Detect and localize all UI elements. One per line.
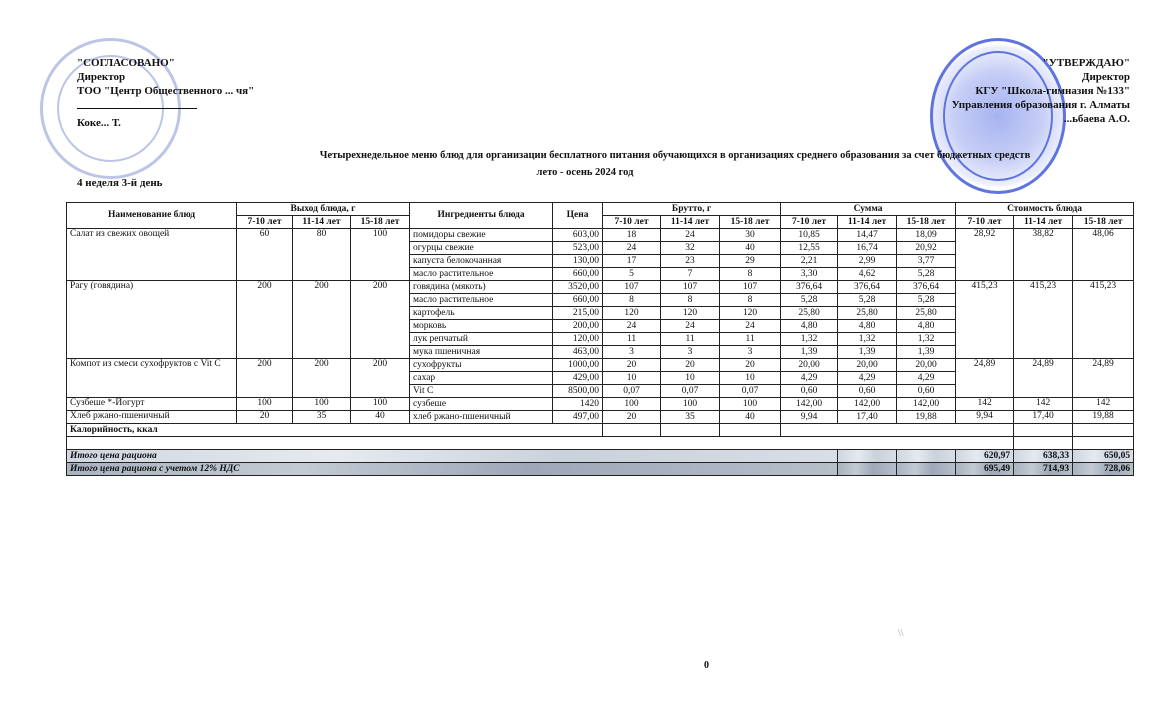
sum-11-14: 16,74 (838, 242, 897, 255)
sum-15-18: 19,88 (897, 411, 956, 424)
dish-name: Рагу (говядина) (67, 281, 237, 359)
approval-name: Коке... Т. (77, 116, 254, 130)
gross-11-14: 8 (661, 294, 720, 307)
sum-7-10: 4,80 (781, 320, 838, 333)
dish-cost-15-18: 415,23 (1073, 281, 1134, 359)
sum-7-10: 12,55 (781, 242, 838, 255)
approval-role: Директор (952, 70, 1130, 84)
sum-7-10: 4,29 (781, 372, 838, 385)
sum-11-14: 17,40 (838, 411, 897, 424)
yield-15-18: 40 (351, 411, 410, 424)
ingredient-price: 130,00 (553, 255, 603, 268)
gross-11-14: 10 (661, 372, 720, 385)
gross-11-14: 35 (661, 411, 720, 424)
gross-7-10: 24 (603, 242, 661, 255)
header-age-15-18: 15-18 лет (351, 216, 410, 229)
sum-11-14: 4,62 (838, 268, 897, 281)
sum-15-18: 18,09 (897, 229, 956, 242)
sum-15-18: 1,39 (897, 346, 956, 359)
yield-15-18: 100 (351, 398, 410, 411)
gross-7-10: 3 (603, 346, 661, 359)
yield-11-14: 35 (293, 411, 351, 424)
dish-cost-15-18: 19,88 (1073, 411, 1134, 424)
spacer-cell (67, 437, 1014, 450)
header-cost: Стоимость блюда (956, 203, 1134, 216)
header-age-11-14: 11-14 лет (838, 216, 897, 229)
gross-11-14: 32 (661, 242, 720, 255)
sum-15-18: 25,80 (897, 307, 956, 320)
total-label: Итого цена рациона (67, 450, 838, 463)
ingredient-price: 1000,00 (553, 359, 603, 372)
sum-11-14: 5,28 (838, 294, 897, 307)
header-age-7-10: 7-10 лет (237, 216, 293, 229)
gross-7-10: 100 (603, 398, 661, 411)
gross-15-18: 40 (720, 242, 781, 255)
approval-heading: "УТВЕРЖДАЮ" (952, 56, 1130, 70)
gross-11-14: 11 (661, 333, 720, 346)
sum-7-10: 376,64 (781, 281, 838, 294)
ingredient-name: масло растительное (410, 268, 553, 281)
dish-name: Салат из свежих овощей (67, 229, 237, 281)
approval-role: Директор (77, 70, 254, 84)
sum-7-10: 1,32 (781, 333, 838, 346)
gross-7-10: 120 (603, 307, 661, 320)
dish-cost-15-18: 142 (1073, 398, 1134, 411)
sum-11-14: 1,32 (838, 333, 897, 346)
header-age-7-10: 7-10 лет (781, 216, 838, 229)
total-value-15-18: 650,05 (1073, 450, 1134, 463)
ingredient-price: 8500,00 (553, 385, 603, 398)
ingredient-name: сузбеше (410, 398, 553, 411)
approval-org: ТОО "Центр Общественного ... чя" (77, 84, 254, 98)
table-row: Салат из свежих овощей6080100помидоры св… (67, 229, 1134, 242)
gross-15-18: 8 (720, 268, 781, 281)
header-age-7-10: 7-10 лет (603, 216, 661, 229)
gross-15-18: 120 (720, 307, 781, 320)
yield-15-18: 200 (351, 359, 410, 398)
sum-15-18: 4,29 (897, 372, 956, 385)
gross-7-10: 107 (603, 281, 661, 294)
total-vat-blank (897, 463, 956, 476)
dish-cost-7-10: 24,89 (956, 359, 1014, 398)
yield-11-14: 200 (293, 281, 351, 359)
page-mark: 0 (704, 660, 709, 671)
sum-11-14: 142,00 (838, 398, 897, 411)
ingredient-price: 660,00 (553, 294, 603, 307)
sum-11-14: 4,80 (838, 320, 897, 333)
gross-11-14: 24 (661, 320, 720, 333)
gross-7-10: 20 (603, 359, 661, 372)
header-age-15-18: 15-18 лет (897, 216, 956, 229)
sum-11-14: 4,29 (838, 372, 897, 385)
spacer-cell (1073, 437, 1134, 450)
table-row: Компот из смеси сухофруктов с Vit C20020… (67, 359, 1134, 372)
gross-11-14: 107 (661, 281, 720, 294)
ingredient-name: сахар (410, 372, 553, 385)
gross-15-18: 8 (720, 294, 781, 307)
ingredient-name: масло растительное (410, 294, 553, 307)
sum-7-10: 25,80 (781, 307, 838, 320)
calories-label: Калорийность, ккал (67, 424, 603, 437)
gross-15-18: 30 (720, 229, 781, 242)
header-age-11-14: 11-14 лет (293, 216, 351, 229)
sum-11-14: 14,47 (838, 229, 897, 242)
gross-15-18: 10 (720, 372, 781, 385)
header-ingredients: Ингредиенты блюда (410, 203, 553, 229)
header-gross: Брутто, г (603, 203, 781, 216)
ingredient-name: капуста белокочанная (410, 255, 553, 268)
total-vat-value-15-18: 728,06 (1073, 463, 1134, 476)
ingredient-price: 120,00 (553, 333, 603, 346)
gross-7-10: 5 (603, 268, 661, 281)
header-age-15-18: 15-18 лет (720, 216, 781, 229)
calories-cell (603, 424, 661, 437)
scan-artifact: \\ (898, 628, 904, 639)
ingredient-price: 660,00 (553, 268, 603, 281)
sum-7-10: 20,00 (781, 359, 838, 372)
gross-11-14: 120 (661, 307, 720, 320)
dish-cost-7-10: 9,94 (956, 411, 1014, 424)
sum-7-10: 5,28 (781, 294, 838, 307)
header-dish-name: Наименование блюд (67, 203, 237, 229)
gross-11-14: 100 (661, 398, 720, 411)
total-vat-blank (838, 463, 897, 476)
gross-11-14: 3 (661, 346, 720, 359)
document-title: Четырехнедельное меню блюд для организац… (90, 150, 1170, 161)
table-row: Хлеб ржано-пшеничный203540хлеб ржано-пше… (67, 411, 1134, 424)
ingredient-name: морковь (410, 320, 553, 333)
sum-11-14: 0,60 (838, 385, 897, 398)
calories-cell (661, 424, 720, 437)
dish-cost-7-10: 415,23 (956, 281, 1014, 359)
ingredient-name: лук репчатый (410, 333, 553, 346)
header-yield: Выход блюда, г (237, 203, 410, 216)
header-age-15-18: 15-18 лет (1073, 216, 1134, 229)
signature-line (77, 98, 197, 109)
table-row: Сузбеше *-Йогурт100100100сузбеше14201001… (67, 398, 1134, 411)
dish-name: Сузбеше *-Йогурт (67, 398, 237, 411)
yield-7-10: 200 (237, 281, 293, 359)
document-season: лето - осень 2024 год (0, 167, 1170, 178)
calories-cell (720, 424, 781, 437)
calories-cell (1073, 424, 1134, 437)
ingredient-price: 463,00 (553, 346, 603, 359)
header-sum: Сумма (781, 203, 956, 216)
sum-15-18: 376,64 (897, 281, 956, 294)
sum-15-18: 20,00 (897, 359, 956, 372)
yield-7-10: 60 (237, 229, 293, 281)
gross-7-10: 18 (603, 229, 661, 242)
total-blank (897, 450, 956, 463)
approval-block-approved: "УТВЕРЖДАЮ" Директор КГУ "Школа-гимназия… (952, 56, 1130, 126)
gross-7-10: 24 (603, 320, 661, 333)
gross-15-18: 107 (720, 281, 781, 294)
menu-table: Наименование блюд Выход блюда, г Ингреди… (66, 202, 1134, 476)
yield-7-10: 200 (237, 359, 293, 398)
gross-11-14: 20 (661, 359, 720, 372)
gross-11-14: 0,07 (661, 385, 720, 398)
gross-15-18: 40 (720, 411, 781, 424)
gross-7-10: 0,07 (603, 385, 661, 398)
dish-cost-11-14: 415,23 (1014, 281, 1073, 359)
ingredient-name: помидоры свежие (410, 229, 553, 242)
gross-11-14: 24 (661, 229, 720, 242)
sum-11-14: 25,80 (838, 307, 897, 320)
dish-name: Хлеб ржано-пшеничный (67, 411, 237, 424)
sum-15-18: 0,60 (897, 385, 956, 398)
dish-cost-15-18: 48,06 (1073, 229, 1134, 281)
calories-cell (781, 424, 1014, 437)
sum-7-10: 1,39 (781, 346, 838, 359)
header-age-11-14: 11-14 лет (1014, 216, 1073, 229)
ingredient-name: сухофрукты (410, 359, 553, 372)
gross-7-10: 10 (603, 372, 661, 385)
dish-cost-11-14: 17,40 (1014, 411, 1073, 424)
sum-15-18: 4,80 (897, 320, 956, 333)
total-vat-label: Итого цена рациона с учетом 12% НДС (67, 463, 838, 476)
total-vat-row: Итого цена рациона с учетом 12% НДС 695,… (67, 463, 1134, 476)
menu-table-body: Салат из свежих овощей6080100помидоры св… (67, 229, 1134, 424)
ingredient-name: хлеб ржано-пшеничный (410, 411, 553, 424)
dish-cost-11-14: 142 (1014, 398, 1073, 411)
sum-7-10: 0,60 (781, 385, 838, 398)
approval-block-agreed: "СОГЛАСОВАНО" Директор ТОО "Центр Общест… (77, 56, 254, 130)
ingredient-price: 1420 (553, 398, 603, 411)
yield-15-18: 200 (351, 281, 410, 359)
ingredient-price: 215,00 (553, 307, 603, 320)
total-row: Итого цена рациона 620,97 638,33 650,05 (67, 450, 1134, 463)
spacer-row (67, 437, 1134, 450)
approval-dept: Управления образования г. Алматы (952, 98, 1130, 112)
sum-7-10: 9,94 (781, 411, 838, 424)
yield-11-14: 80 (293, 229, 351, 281)
gross-15-18: 0,07 (720, 385, 781, 398)
gross-11-14: 23 (661, 255, 720, 268)
gross-11-14: 7 (661, 268, 720, 281)
gross-15-18: 29 (720, 255, 781, 268)
ingredient-price: 429,00 (553, 372, 603, 385)
dish-cost-7-10: 142 (956, 398, 1014, 411)
ingredient-price: 497,00 (553, 411, 603, 424)
sum-15-18: 1,32 (897, 333, 956, 346)
sum-15-18: 142,00 (897, 398, 956, 411)
yield-11-14: 100 (293, 398, 351, 411)
ingredient-name: Vit C (410, 385, 553, 398)
total-vat-value-7-10: 695,49 (956, 463, 1014, 476)
calories-cell (1014, 424, 1073, 437)
gross-15-18: 24 (720, 320, 781, 333)
header-age-7-10: 7-10 лет (956, 216, 1014, 229)
calories-row: Калорийность, ккал (67, 424, 1134, 437)
table-row: Рагу (говядина)200200200говядина (мякоть… (67, 281, 1134, 294)
gross-7-10: 20 (603, 411, 661, 424)
gross-7-10: 8 (603, 294, 661, 307)
ingredient-price: 603,00 (553, 229, 603, 242)
sum-15-18: 5,28 (897, 268, 956, 281)
sum-7-10: 2,21 (781, 255, 838, 268)
approval-heading: "СОГЛАСОВАНО" (77, 56, 254, 70)
header-price: Цена (553, 203, 603, 229)
total-vat-value-11-14: 714,93 (1014, 463, 1073, 476)
ingredient-name: мука пшеничная (410, 346, 553, 359)
sum-11-14: 376,64 (838, 281, 897, 294)
gross-15-18: 20 (720, 359, 781, 372)
yield-11-14: 200 (293, 359, 351, 398)
sum-7-10: 142,00 (781, 398, 838, 411)
dish-cost-15-18: 24,89 (1073, 359, 1134, 398)
sum-11-14: 1,39 (838, 346, 897, 359)
gross-15-18: 11 (720, 333, 781, 346)
dish-cost-11-14: 38,82 (1014, 229, 1073, 281)
gross-15-18: 100 (720, 398, 781, 411)
header-age-11-14: 11-14 лет (661, 216, 720, 229)
sum-7-10: 3,30 (781, 268, 838, 281)
dish-cost-11-14: 24,89 (1014, 359, 1073, 398)
dish-cost-7-10: 28,92 (956, 229, 1014, 281)
sum-15-18: 20,92 (897, 242, 956, 255)
ingredient-name: огурцы свежие (410, 242, 553, 255)
sum-7-10: 10,85 (781, 229, 838, 242)
gross-15-18: 3 (720, 346, 781, 359)
ingredient-name: картофель (410, 307, 553, 320)
total-blank (838, 450, 897, 463)
ingredient-price: 200,00 (553, 320, 603, 333)
total-value-7-10: 620,97 (956, 450, 1014, 463)
gross-7-10: 17 (603, 255, 661, 268)
yield-15-18: 100 (351, 229, 410, 281)
yield-7-10: 20 (237, 411, 293, 424)
sum-11-14: 20,00 (838, 359, 897, 372)
approval-org: КГУ "Школа-гимназия №133" (952, 84, 1130, 98)
ingredient-price: 3520,00 (553, 281, 603, 294)
day-label: 4 неделя 3-й день (77, 177, 163, 189)
total-value-11-14: 638,33 (1014, 450, 1073, 463)
gross-7-10: 11 (603, 333, 661, 346)
spacer-cell (1014, 437, 1073, 450)
sum-15-18: 3,77 (897, 255, 956, 268)
ingredient-price: 523,00 (553, 242, 603, 255)
dish-name: Компот из смеси сухофруктов с Vit C (67, 359, 237, 398)
ingredient-name: говядина (мякоть) (410, 281, 553, 294)
yield-7-10: 100 (237, 398, 293, 411)
sum-11-14: 2,99 (838, 255, 897, 268)
approval-name: ...ьбаева А.О. (952, 112, 1130, 126)
sum-15-18: 5,28 (897, 294, 956, 307)
